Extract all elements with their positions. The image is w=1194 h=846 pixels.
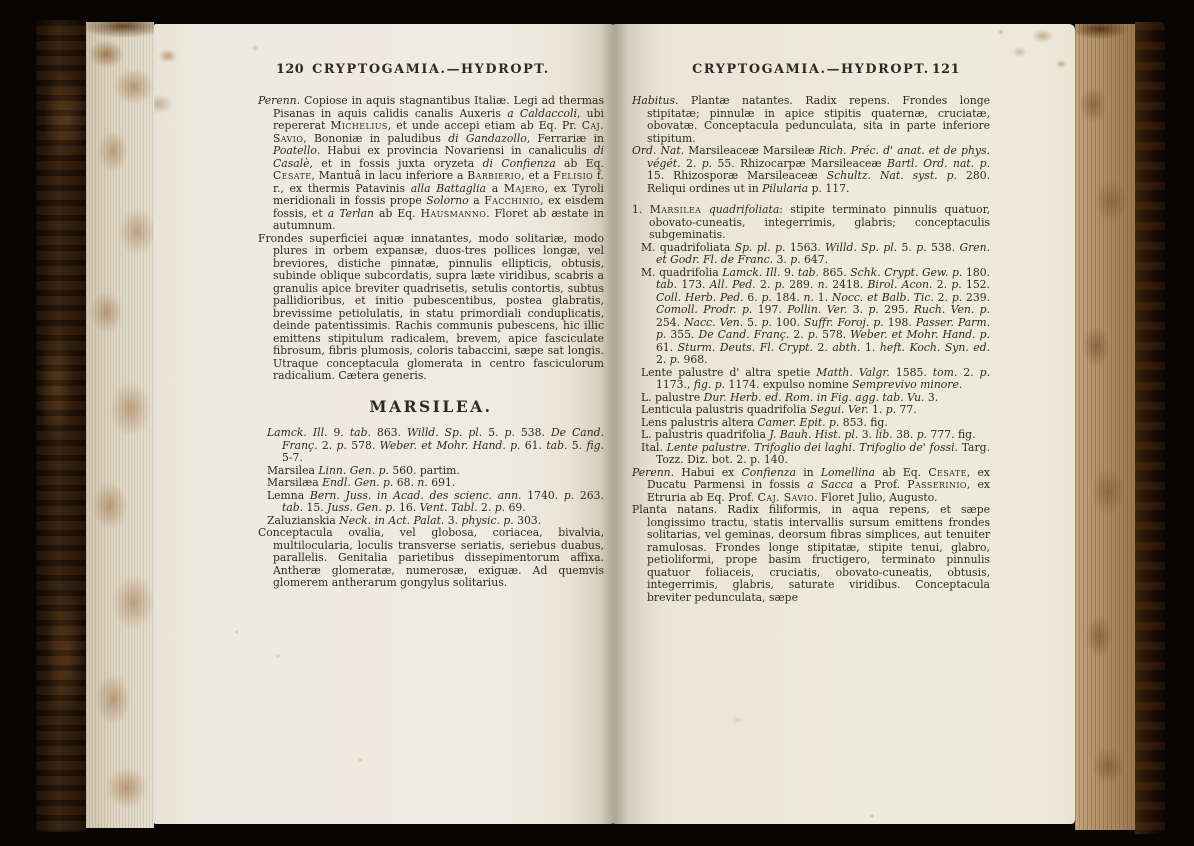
left-fore-edge [86, 22, 154, 828]
paragraph: M. quadrifolia Lamck. Ill. 9. tab. 865. … [632, 267, 990, 367]
running-title-left: CRYPTOGAMIA.—HYDROPT. [312, 62, 550, 77]
paragraph: M. quadrifoliata Sp. pl. p. 1563. Willd.… [632, 242, 990, 267]
paragraph: Perenn. Copiose in aquis stagnantibus It… [258, 95, 604, 233]
back-cover-edge [1135, 22, 1165, 834]
running-title-right: CRYPTOGAMIA.—HYDROPT. [692, 62, 930, 77]
page-number-left: 120 [276, 64, 304, 77]
right-fore-edge [1075, 24, 1135, 830]
paragraph: Conceptacula ovalia, vel globosa, coriac… [258, 527, 604, 590]
paragraph: 1. Marsilea quadrifoliata: stipite termi… [632, 204, 990, 242]
page-number-right: 121 [932, 64, 960, 77]
left-page-text: 120 CRYPTOGAMIA.—HYDROPT. Perenn. Copios… [258, 64, 604, 590]
left-page-header: 120 CRYPTOGAMIA.—HYDROPT. [258, 64, 604, 82]
section-heading: MARSILEA. [258, 401, 604, 414]
paragraph: Ord. Nat. Marsileaceæ Marsileæ Rich. Pré… [632, 145, 990, 195]
right-page-text: CRYPTOGAMIA.—HYDROPT. 121 Habitus. Plant… [632, 64, 990, 604]
left-page-body: Perenn. Copiose in aquis stagnantibus It… [258, 95, 604, 590]
paragraph: Habitus. Plantæ natantes. Radix repens. … [632, 95, 990, 145]
paragraph: Planta natans. Radix filiformis, in aqua… [632, 504, 990, 604]
paragraph: Lamck. Ill. 9. tab. 863. Willd. Sp. pl. … [258, 427, 604, 465]
book-spine [36, 20, 86, 832]
right-page-header: CRYPTOGAMIA.—HYDROPT. 121 [632, 64, 990, 82]
paragraph: Lente palustre d' altra spetie Matth. Va… [632, 367, 990, 392]
paragraph: Frondes superficiei aquæ innatantes, mod… [258, 233, 604, 383]
paragraph: Ital. Lente palustre. Trifoglio dei lagh… [632, 442, 990, 467]
right-page-body: Habitus. Plantæ natantes. Radix repens. … [632, 95, 990, 604]
paragraph: Perenn. Habui ex Confienza in Lomellina … [632, 467, 990, 505]
paragraph: Lemna Bern. Juss. in Acad. des scienc. a… [258, 490, 604, 515]
